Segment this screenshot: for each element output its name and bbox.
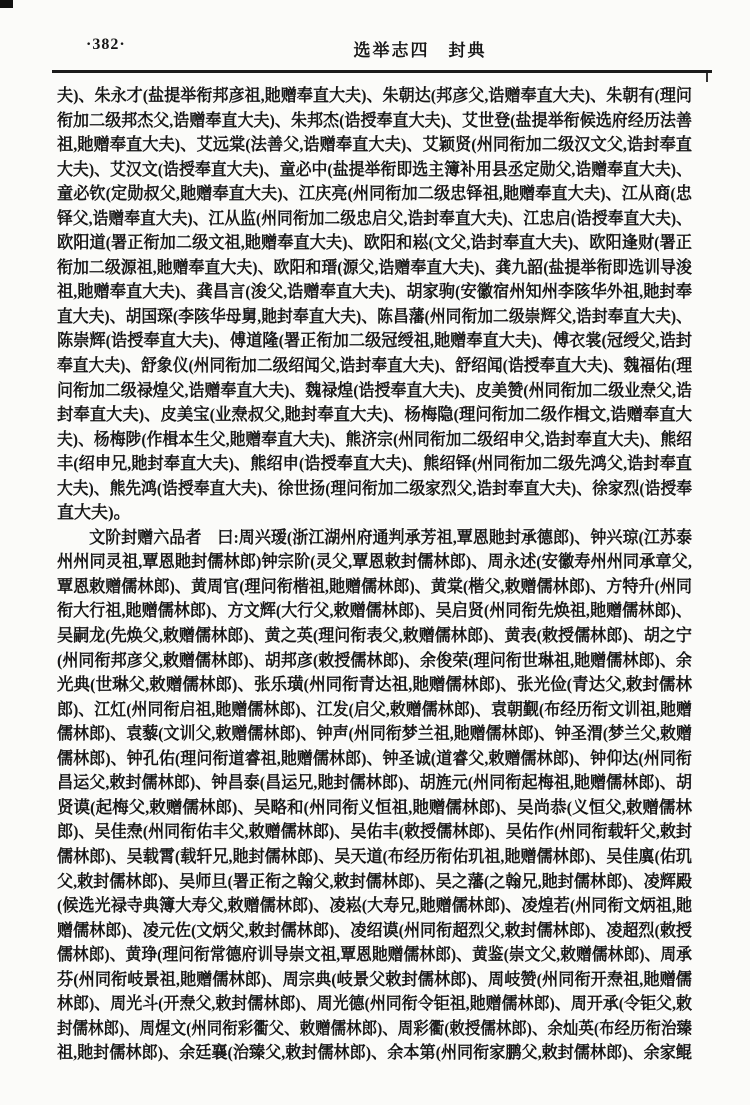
text-line: (候选光禄寺典簿大寿父,敕赠儒林郎)、凌崧(大寿兄,貤赠儒林郎)、凌煌若(州同衔…	[57, 894, 692, 919]
text-line: 郎)、江灴(州同衔启祖,貤赠儒林郎)、江发(启父,敕赠儒林郎)、袁朝觐(布经历衔…	[57, 698, 692, 723]
text-line: 昌运父,敕封儒林郎)、钟昌泰(昌运兄,貤封儒林郎)、胡旌元(州同衔起梅祖,貤赠儒…	[57, 771, 692, 796]
text-line: 丰(绍申兄,貤封奉直大夫)、熊绍申(诰授奉直大夫)、熊绍铎(州同衔加二级先鸿父,…	[57, 452, 692, 477]
text-line: 芬(州同衔岐景祖,貤赠儒林郎)、周宗典(岐景父敕封儒林郎)、周岐赞(州同衔开焘祖…	[57, 968, 692, 993]
header-rule	[52, 70, 712, 73]
text-line: 赠儒林郎)、凌元佐(文炳父,敕封儒林郎)、凌绍谟(州同衔超烈父,敕封儒林郎)、凌…	[57, 919, 692, 944]
page-title: 选举志四 封典	[0, 36, 750, 61]
text-line: 儒林郎)、黄琤(理问衔常德府训导崇文祖,覃恩貤赠儒林郎)、黄鉴(崇文父,敕赠儒林…	[57, 943, 692, 968]
text-line: 州州同灵祖,覃恩貤封儒林郎)钟宗阶(灵父,覃恩敕封儒林郎)、周永述(安徽寿州州同…	[57, 550, 692, 575]
text-line: 直大夫)、胡国琛(李陔华母舅,貤封奉直大夫)、陈昌藩(州同衔加二级崇辉父,诰封奉…	[57, 305, 692, 330]
text-line: 儒林郎)、钟孔佑(理问衔道睿祖,貤赠儒林郎)、钟圣诚(道睿父,敕赠儒林郎)、钟仰…	[57, 747, 692, 772]
text-line: 直大夫)。	[57, 501, 131, 526]
text-line: 童必钦(定勋叔父,貤赠奉直大夫)、江庆亮(州同衔加二级忠铎祖,貤赠奉直大夫)、江…	[57, 182, 692, 207]
text-line: 衔加二级邦杰父,诰赠奉直大夫)、朱邦杰(诰授奉直大夫)、艾世登(盐提举衔候选府经…	[57, 109, 692, 134]
text-line: 大夫)、艾汉文(诰授奉直大夫)、童必中(盐提举衔即选主簿补用县丞定勋父,诰赠奉直…	[57, 158, 692, 183]
text-line: 光典(世琳父,敕赠儒林郎)、张乐璜(州同衔青达祖,貤赠儒林郎)、张光俭(青达父,…	[57, 673, 692, 698]
text-line: 奉直大夫)、舒象仪(州同衔加二级绍闻父,诰封奉直大夫)、舒绍闻(诰授奉直大夫)、…	[57, 354, 692, 379]
text-line: 祖,貤赠奉直大夫)、艾远棠(法善父,诰赠奉直大夫)、艾颖贤(州同衔加二级汉文父,…	[57, 133, 692, 158]
text-line: 封儒林郎)、周煋文(州同衔彩衢父、敕赠儒林郎)、周彩衢(敕授儒林郎)、余灿英(布…	[57, 1017, 692, 1042]
text-line: 儒林郎)、吴载霄(载轩兄,貤封儒林郎)、吴天道(布经历衔佑玑祖,貤赠儒林郎)、吴…	[57, 845, 692, 870]
text-line: 吴嗣龙(先焕父,敕赠儒林郎)、黄之英(理问衔表父,敕赠儒林郎)、黄表(敕授儒林郎…	[57, 624, 692, 649]
text-line: 祖,貤封儒林郎)、余廷襄(治臻父,敕封儒林郎)、余本第(州同衔家鹏父,敕封儒林郎…	[57, 1041, 692, 1066]
text-line: 夫)、朱永才(盐提举衔邦彦祖,貤赠奉直大夫)、朱朝达(邦彦父,诰赠奉直大夫)、朱…	[57, 84, 692, 109]
page: ·382· 选举志四 封典 夫)、朱永才(盐提举衔邦彦祖,貤赠奉直大夫)、朱朝达…	[0, 0, 750, 1105]
text-line: 陈崇辉(诰授奉直大夫)、傅道隆(署正衔加二级冠绶祖,貤赠奉直大夫)、傅衣裳(冠绶…	[57, 329, 692, 354]
text-line: 儒林郎)、袁藜(文训父,敕赠儒林郎)、钟声(州同衔梦兰祖,貤赠儒林郎)、钟圣渭(…	[57, 722, 692, 747]
text-line: 欧阳道(署正衔加二级文祖,貤赠奉直大夫)、欧阳和崧(文父,诰封奉直大夫)、欧阳逢…	[57, 231, 692, 256]
text-line: 祖,貤赠奉直大夫)、龚昌言(浚父,诰赠奉直大夫)、胡家驹(安徽宿州知州李陔华外祖…	[57, 280, 692, 305]
text-line: (州同衔邦彦父,敕赠儒林郎)、胡邦彦(敕授儒林郎)、余俊荣(理问衔世琳祖,貤赠儒…	[57, 649, 692, 674]
scan-artifact-top-left	[0, 0, 13, 8]
text-line: 夫)、杨梅陟(作楫本生父,貤赠奉直大夫)、熊济宗(州同衔加二级绍申父,诰封奉直大…	[57, 428, 692, 453]
text-line: 大夫)、熊先鸿(诰授奉直大夫)、徐世扬(理问衔加二级家烈父,诰封奉直大夫)、徐家…	[57, 477, 692, 502]
text-line: 父,敕封儒林郎)、吴师旦(署正衔之翰父,敕封儒林郎)、吴之藩(之翰兄,貤封儒林郎…	[57, 870, 692, 895]
text-line: 林郎)、周光斗(开焘父,敕封儒林郎)、周光德(州同衔令钜祖,貤赠儒林郎)、周开承…	[57, 992, 692, 1017]
text-line: 衔大行祖,貤赠儒林郎)、方文辉(大行父,敕赠儒林郎)、吴启贤(州同衔先焕祖,貤赠…	[57, 599, 692, 624]
text-line: 覃恩敕赠儒林郎)、黄周官(理问衔楷祖,貤赠儒林郎)、黄棠(楷父,敕赠儒林郎)、方…	[57, 575, 692, 600]
scan-artifact-rule-tick	[706, 73, 708, 82]
text-line: 封奉直大夫)、皮美宝(业焘叔父,貤封奉直大夫)、杨梅隐(理问衔加二级作楫文,诰赠…	[57, 403, 692, 428]
text-line: 文阶封赠六品者 曰:周兴瑷(浙江湖州府通判承芳祖,覃恩貤封承德郎)、钟兴琼(江苏…	[57, 526, 692, 551]
text-line: 郎)、吴佳焘(州同衔佑丰父,敕赠儒林郎)、吴佑丰(敕授儒林郎)、吴佑作(州同衔载…	[57, 820, 692, 845]
text-line: 问衔加二级禄煌父,诰赠奉直大夫)、魏禄煌(诰授奉直大夫)、皮美赞(州同衔加二级业…	[57, 379, 692, 404]
text-line: 铎父,诰赠奉直大夫)、江从监(州同衔加二级忠启父,诰封奉直大夫)、江忠启(诰授奉…	[57, 207, 692, 232]
text-block: 夫)、朱永才(盐提举衔邦彦祖,貤赠奉直大夫)、朱朝达(邦彦父,诰赠奉直大夫)、朱…	[57, 84, 692, 1066]
text-line: 贤谟(起梅父,敕赠儒林郎)、吴略和(州同衔义恒祖,貤赠儒林郎)、吴尚恭(义恒父,…	[57, 796, 692, 821]
text-line: 衔加二级源祖,貤赠奉直大夫)、欧阳和瑨(源父,诰赠奉直大夫)、龚九韶(盐提举衔即…	[57, 256, 692, 281]
